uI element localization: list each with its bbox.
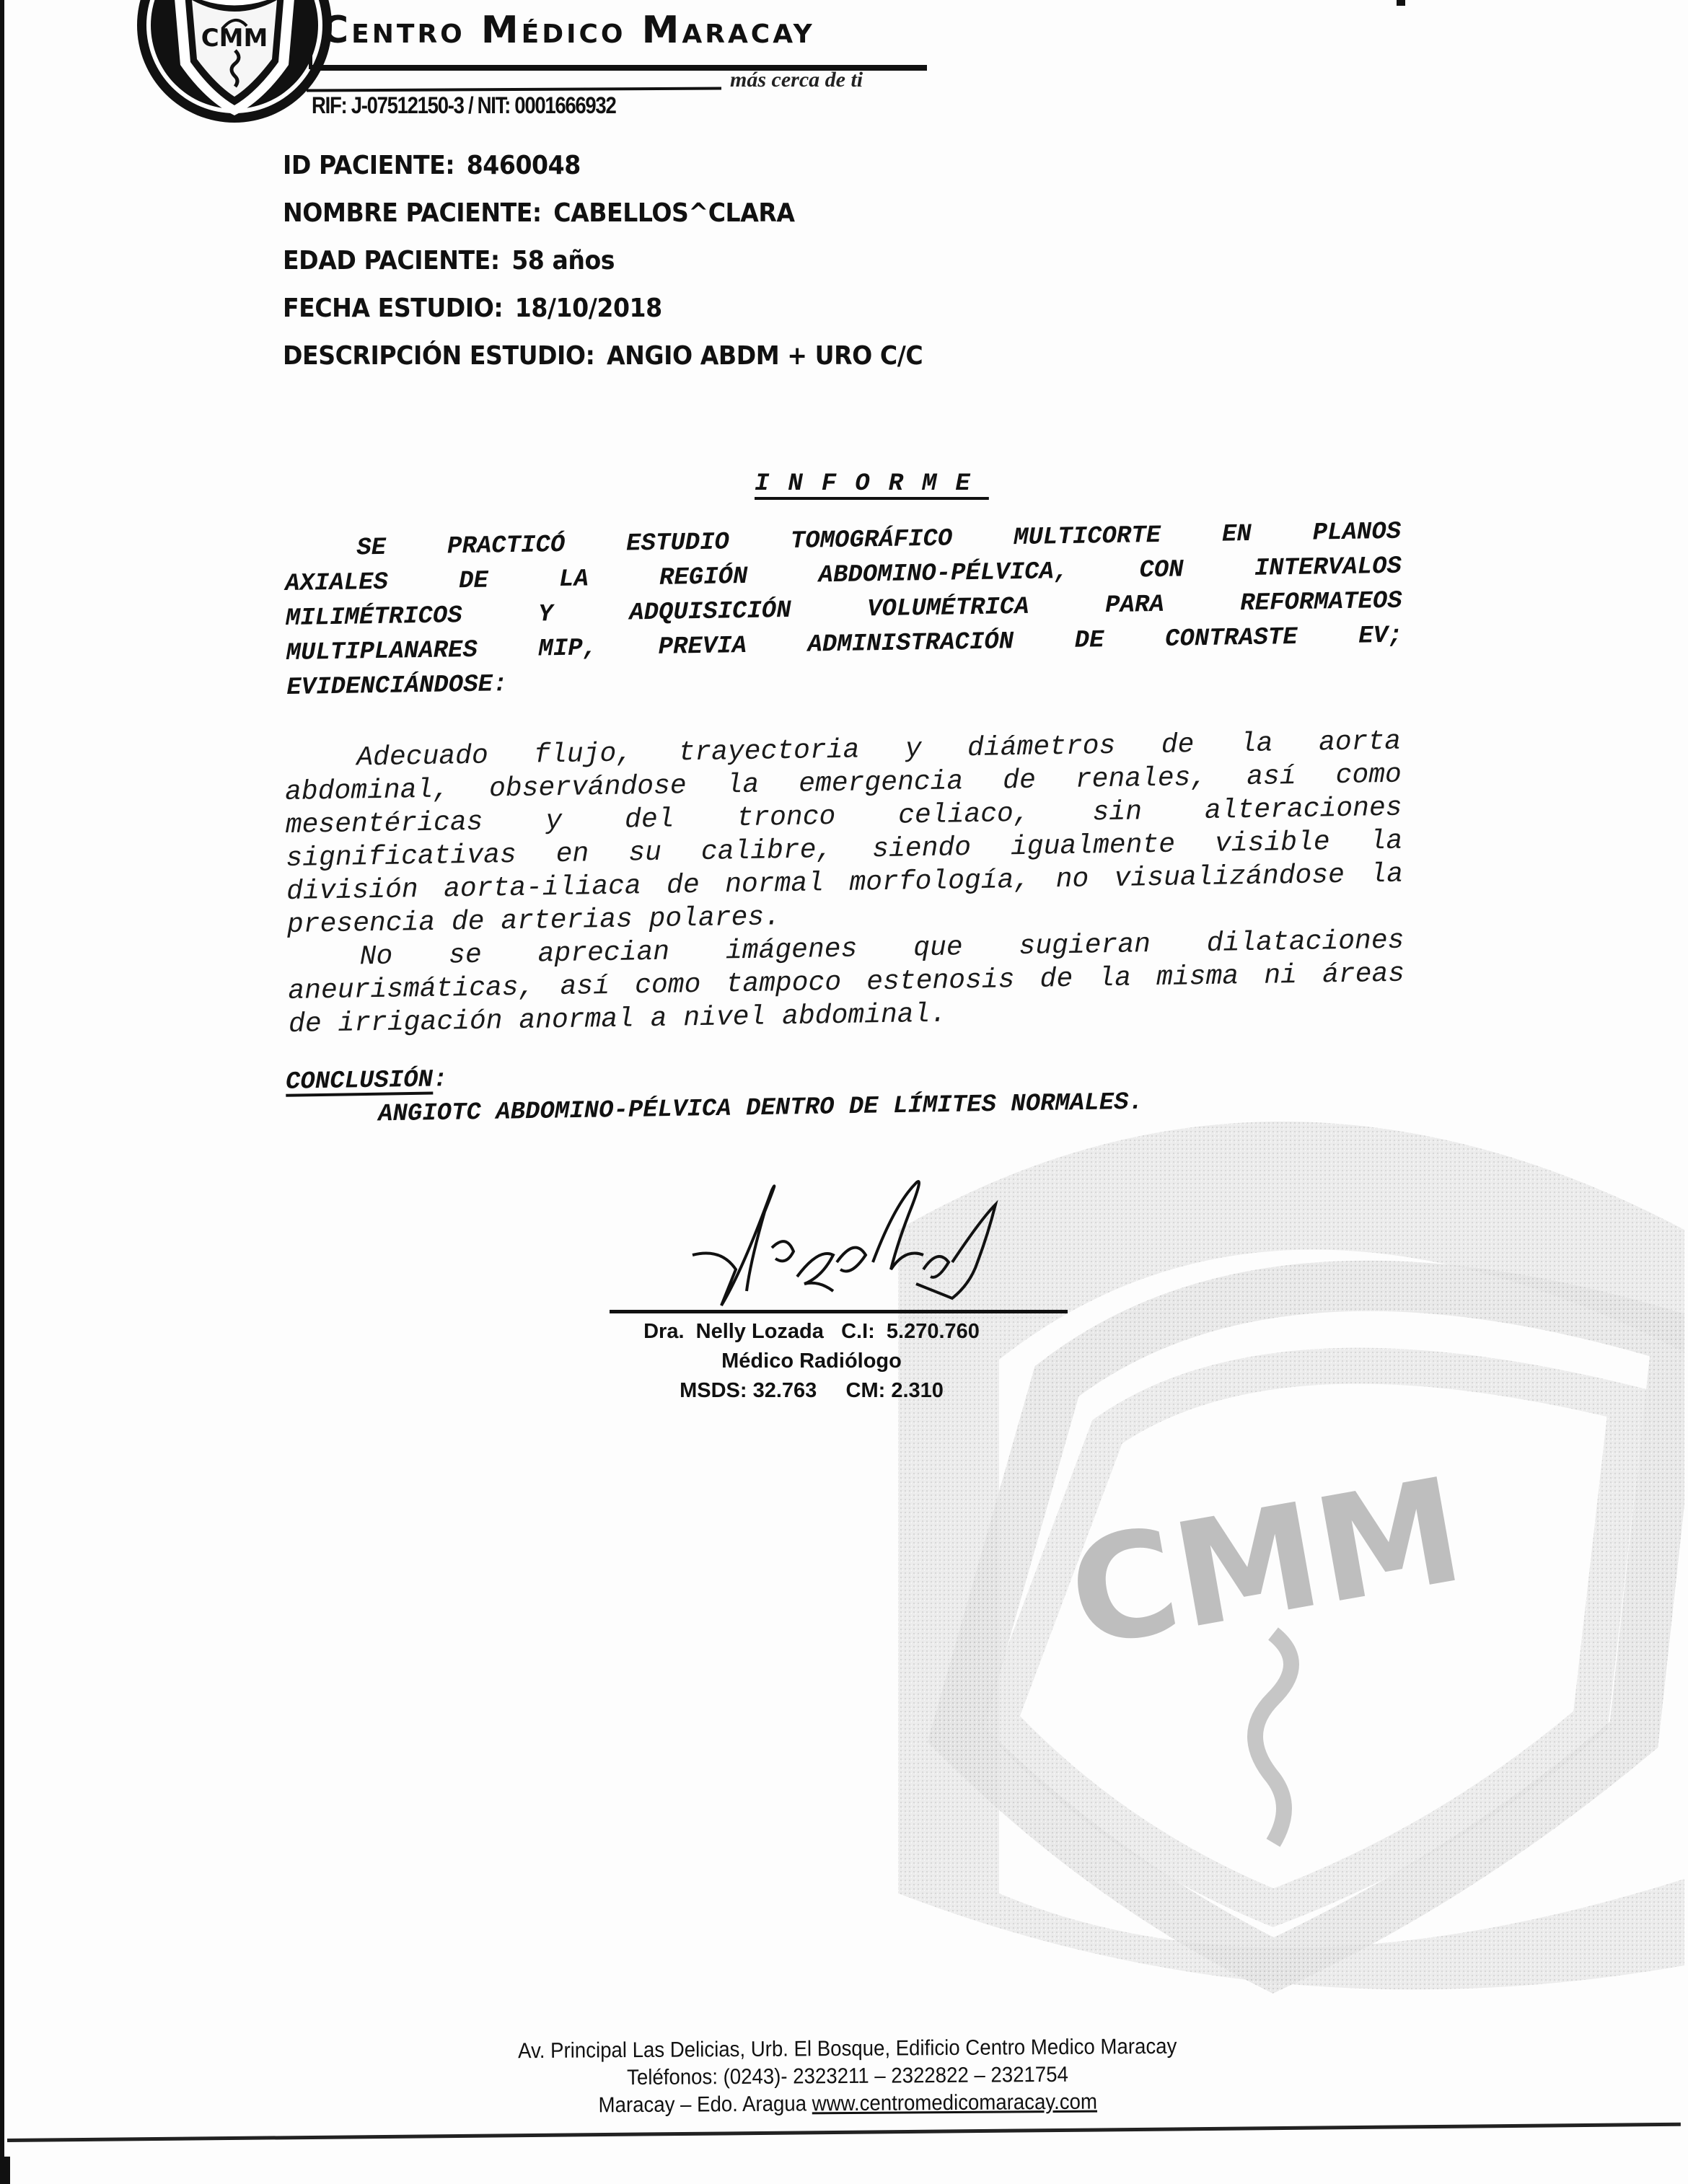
- report-word: la: [726, 769, 759, 803]
- report-word: ESTUDIO: [626, 525, 730, 561]
- report-word: su: [628, 837, 661, 871]
- report-word: ni: [1264, 959, 1297, 993]
- report-word: renales,: [1075, 762, 1207, 797]
- report-word: diámetros: [967, 730, 1116, 765]
- signature-image: [678, 1168, 1053, 1313]
- report-word: que: [913, 931, 963, 965]
- report-word: MULTICORTE: [1014, 519, 1161, 555]
- report-intro-paragraph: SEPRACTICÓESTUDIOTOMOGRÁFICOMULTICORTEEN…: [284, 515, 1404, 705]
- report-word: la: [1098, 962, 1131, 996]
- report-word: visible: [1215, 826, 1330, 861]
- report-word: PREVIA: [658, 629, 747, 665]
- scan-edge: [0, 0, 4, 2184]
- report-word: ABDOMINO-PÉLVICA,: [818, 555, 1069, 593]
- patient-name-label: NOMBRE PACIENTE:: [283, 198, 542, 228]
- report-word: no: [1055, 863, 1089, 897]
- conclusion-label-text: CONCLUSIÓN: [286, 1067, 434, 1096]
- report-word: trayectoria: [678, 734, 860, 770]
- report-word: la: [1369, 825, 1402, 859]
- report-word: normal: [725, 867, 825, 902]
- report-word: SE: [356, 531, 387, 566]
- patient-name-value: CABELLOS^CLARA: [553, 198, 794, 228]
- report-word: áreas: [1322, 958, 1405, 992]
- brand-name: Centro Médico Maracay: [321, 9, 815, 52]
- report-word: y: [905, 733, 923, 766]
- report-word: CONTRASTE: [1165, 620, 1298, 657]
- report-word: TOMOGRÁFICO: [790, 521, 952, 559]
- footer-address: Av. Principal Las Delicias, Urb. El Bosq…: [466, 2033, 1229, 2065]
- report-word: aorta: [1319, 726, 1402, 760]
- report-word: MIP,: [538, 631, 597, 666]
- report-word: siendo: [872, 832, 972, 866]
- report-word: MILIMÉTRICOS: [286, 599, 463, 636]
- report-word: EVIDENCIÁNDOSE:: [286, 667, 508, 705]
- report-word: así: [560, 970, 610, 1004]
- patient-id-row: ID PACIENTE:8460048: [283, 148, 923, 195]
- signer-block: Dra. Nelly Lozada C.I: 5.270.760 Médico …: [610, 1317, 1014, 1406]
- tagline-rule: [307, 87, 721, 92]
- study-description-value: ANGIO ABDM + URO C/C: [607, 341, 923, 371]
- report-word: INTERVALOS: [1254, 550, 1402, 586]
- report-word: Adecuado: [356, 740, 488, 775]
- cmm-shield-logo-icon: CMM: [137, 0, 332, 130]
- report-word: EV;: [1358, 619, 1403, 654]
- report-word: ADQUISICIÓN: [629, 594, 791, 631]
- report-word: y: [545, 805, 563, 838]
- report-word: tampoco: [726, 966, 841, 1002]
- report-word: CON: [1139, 552, 1184, 588]
- patient-age-label: EDAD PACIENTE:: [283, 246, 500, 276]
- patient-age-row: EDAD PACIENTE:58 años: [283, 243, 923, 291]
- report-word: la: [1240, 727, 1273, 761]
- report-word: como: [635, 969, 701, 1003]
- report-word: dilataciones: [1206, 925, 1404, 961]
- report-word: DE: [1074, 623, 1104, 659]
- report-word: división: [286, 873, 418, 909]
- patient-info: ID PACIENTE:8460048 NOMBRE PACIENTE:CABE…: [283, 148, 978, 386]
- report-word: en: [555, 837, 589, 871]
- study-description-row: DESCRIPCIÓN ESTUDIO:ANGIO ABDM + URO C/C: [283, 338, 923, 386]
- report-word: igualmente: [1011, 829, 1176, 865]
- patient-age-value: 58 años: [511, 246, 615, 276]
- document-page: CMM Centro Médico Maracay más cerca de t…: [0, 0, 1688, 2184]
- signer-title: Médico Radiólogo: [610, 1347, 1014, 1376]
- report-word: PRACTICÓ: [447, 528, 566, 565]
- report-word: de: [1039, 963, 1073, 997]
- report-word: AXIALES: [285, 565, 389, 602]
- report-word: VOLUMÉTRICA: [867, 590, 1029, 628]
- signer-name: Dra. Nelly Lozada C.I: 5.270.760: [610, 1317, 1014, 1347]
- report-word: imágenes: [726, 933, 858, 969]
- report-word: se: [449, 939, 482, 973]
- report-word: significativas: [286, 839, 516, 876]
- report-word: abdominal,: [285, 773, 450, 809]
- svg-text:CMM: CMM: [1058, 1446, 1474, 1680]
- study-date-label: FECHA ESTUDIO:: [283, 294, 503, 323]
- scan-edge-bottom: [0, 2157, 10, 2184]
- report-word: PARA: [1105, 588, 1164, 623]
- report-word: así: [1247, 760, 1296, 794]
- report-word: de: [1003, 765, 1036, 798]
- report-word: MULTIPLANARES: [286, 633, 478, 671]
- report-word: sugieran: [1019, 928, 1151, 964]
- report-word: LA: [559, 562, 589, 597]
- patient-id-label: ID PACIENTE:: [283, 151, 454, 180]
- report-word: celiaco,: [898, 798, 1030, 833]
- tagline: más cerca de ti: [730, 68, 863, 92]
- scan-mark: [1397, 0, 1405, 6]
- report-word: del: [625, 803, 674, 837]
- conclusion-label: CONCLUSIÓN:: [286, 1066, 448, 1096]
- footer-contact: Av. Principal Las Delicias, Urb. El Bosq…: [466, 2033, 1230, 2120]
- report-word: PLANOS: [1312, 515, 1401, 551]
- report-title: INFORME: [755, 470, 989, 498]
- study-description-label: DESCRIPCIÓN ESTUDIO:: [283, 341, 594, 371]
- report-word: aorta-iliaca: [444, 870, 641, 906]
- report-word: aneurismáticas,: [288, 972, 535, 1008]
- patient-name-row: NOMBRE PACIENTE:CABELLOS^CLARA: [283, 195, 923, 243]
- report-word: aprecian: [537, 936, 669, 972]
- report-word: DE: [459, 564, 489, 599]
- report-word: observándose: [489, 770, 687, 806]
- rif-nit: RIF: J-07512150-3 / NIT: 0001666932: [312, 92, 615, 119]
- report-word: mesentéricas: [285, 806, 483, 842]
- report-word: visualizándose: [1114, 859, 1345, 896]
- report-word: REGIÓN: [659, 560, 748, 596]
- report-word: REFORMATEOS: [1240, 584, 1402, 622]
- brand-frame: [309, 13, 312, 69]
- patient-id-value: 8460048: [467, 151, 581, 180]
- footer-city: Maracay – Edo. Aragua: [598, 2092, 806, 2117]
- study-date-row: FECHA ESTUDIO:18/10/2018: [283, 291, 923, 338]
- report-word: EN: [1222, 517, 1252, 552]
- svg-text:CMM: CMM: [201, 24, 268, 53]
- report-word: tronco: [737, 801, 836, 835]
- report-word: alteraciones: [1205, 792, 1402, 828]
- footer-rule: [7, 2123, 1681, 2142]
- report-word: de: [1161, 728, 1195, 762]
- report-word: como: [1335, 759, 1402, 793]
- report-word: calibre,: [701, 834, 833, 869]
- report-word: No: [359, 941, 392, 974]
- report-word: estenosis: [866, 964, 1015, 999]
- signer-credentials: MSDS: 32.763 CM: 2.310: [610, 1376, 1014, 1406]
- report-word: morfología,: [849, 864, 1031, 900]
- report-word: Y: [538, 597, 553, 632]
- study-date-value: 18/10/2018: [515, 294, 662, 323]
- report-word: emergencia: [799, 765, 964, 801]
- report-findings-paragraph: Adecuadoflujo,trayectoriaydiámetrosdelaa…: [284, 726, 1405, 1042]
- report-word: de: [667, 869, 700, 903]
- report-word: flujo,: [534, 737, 633, 772]
- report-word: ADMINISTRACIÓN: [807, 625, 1014, 662]
- footer-website-link[interactable]: www.centromedicomaracay.com: [812, 2090, 1097, 2116]
- report-word: misma: [1156, 960, 1239, 995]
- footer-city-line: Maracay – Edo. Aragua www.centromedicoma…: [466, 2087, 1229, 2120]
- signature-line: [610, 1310, 1068, 1313]
- report-word: sin: [1092, 796, 1142, 829]
- report-word: la: [1370, 858, 1403, 892]
